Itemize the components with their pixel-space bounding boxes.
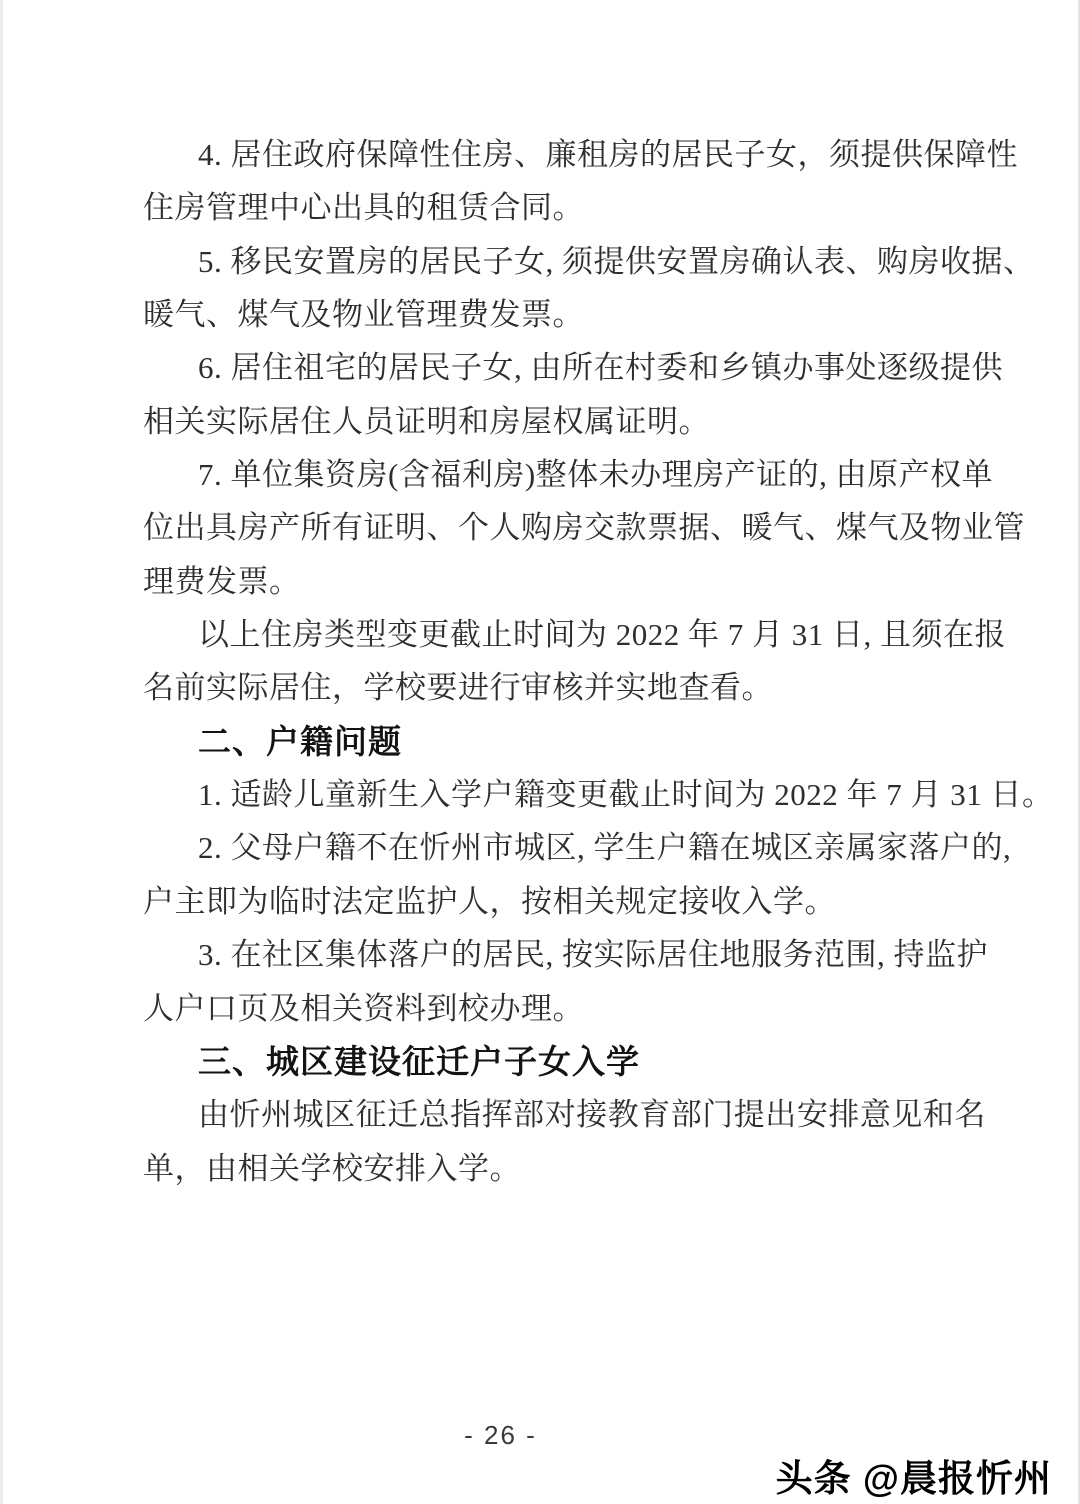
watermark-toutiao: 头条 @晨报忻州 bbox=[776, 1448, 1052, 1502]
text-line: 住房管理中心出具的租赁合同。 bbox=[143, 181, 986, 234]
text-line: 2. 父母户籍不在忻州市城区, 学生户籍在城区亲属家落户的, bbox=[143, 821, 986, 874]
text-line: 相关实际居住人员证明和房屋权属证明。 bbox=[143, 395, 986, 448]
text-line: 人户口页及相关资料到校办理。 bbox=[143, 982, 986, 1035]
text-line: 3. 在社区集体落户的居民, 按实际居住地服务范围, 持监护 bbox=[143, 928, 986, 981]
text-line: 暖气、煤气及物业管理费发票。 bbox=[143, 288, 986, 341]
page-number: - 26 - bbox=[3, 1420, 1080, 1451]
text-line: 单，由相关学校安排入学。 bbox=[143, 1142, 986, 1195]
section-heading: 二、户籍问题 bbox=[143, 715, 986, 768]
text-line: 4. 居住政府保障性住房、廉租房的居民子女，须提供保障性 bbox=[143, 128, 986, 181]
text-line: 以上住房类型变更截止时间为 2022 年 7 月 31 日, 且须在报 bbox=[143, 608, 986, 661]
text-line: 名前实际居住，学校要进行审核并实地查看。 bbox=[143, 661, 986, 714]
text-line: 6. 居住祖宅的居民子女, 由所在村委和乡镇办事处逐级提供 bbox=[143, 341, 986, 394]
text-line: 5. 移民安置房的居民子女, 须提供安置房确认表、购房收据、 bbox=[143, 235, 986, 288]
text-line: 理费发票。 bbox=[143, 555, 986, 608]
text-line: 由忻州城区征迁总指挥部对接教育部门提出安排意见和名 bbox=[143, 1088, 986, 1141]
document-page: 4. 居住政府保障性住房、廉租房的居民子女，须提供保障性住房管理中心出具的租赁合… bbox=[0, 0, 1080, 1504]
text-line: 位出具房产所有证明、个人购房交款票据、暖气、煤气及物业管 bbox=[143, 501, 986, 554]
text-line: 户主即为临时法定监护人，按相关规定接收入学。 bbox=[143, 875, 986, 928]
text-line: 1. 适龄儿童新生入学户籍变更截止时间为 2022 年 7 月 31 日。 bbox=[143, 768, 986, 821]
section-heading: 三、城区建设征迁户子女入学 bbox=[143, 1035, 986, 1088]
document-body: 4. 居住政府保障性住房、廉租房的居民子女，须提供保障性住房管理中心出具的租赁合… bbox=[143, 128, 986, 1195]
text-line: 7. 单位集资房(含福利房)整体未办理房产证的, 由原产权单 bbox=[143, 448, 986, 501]
